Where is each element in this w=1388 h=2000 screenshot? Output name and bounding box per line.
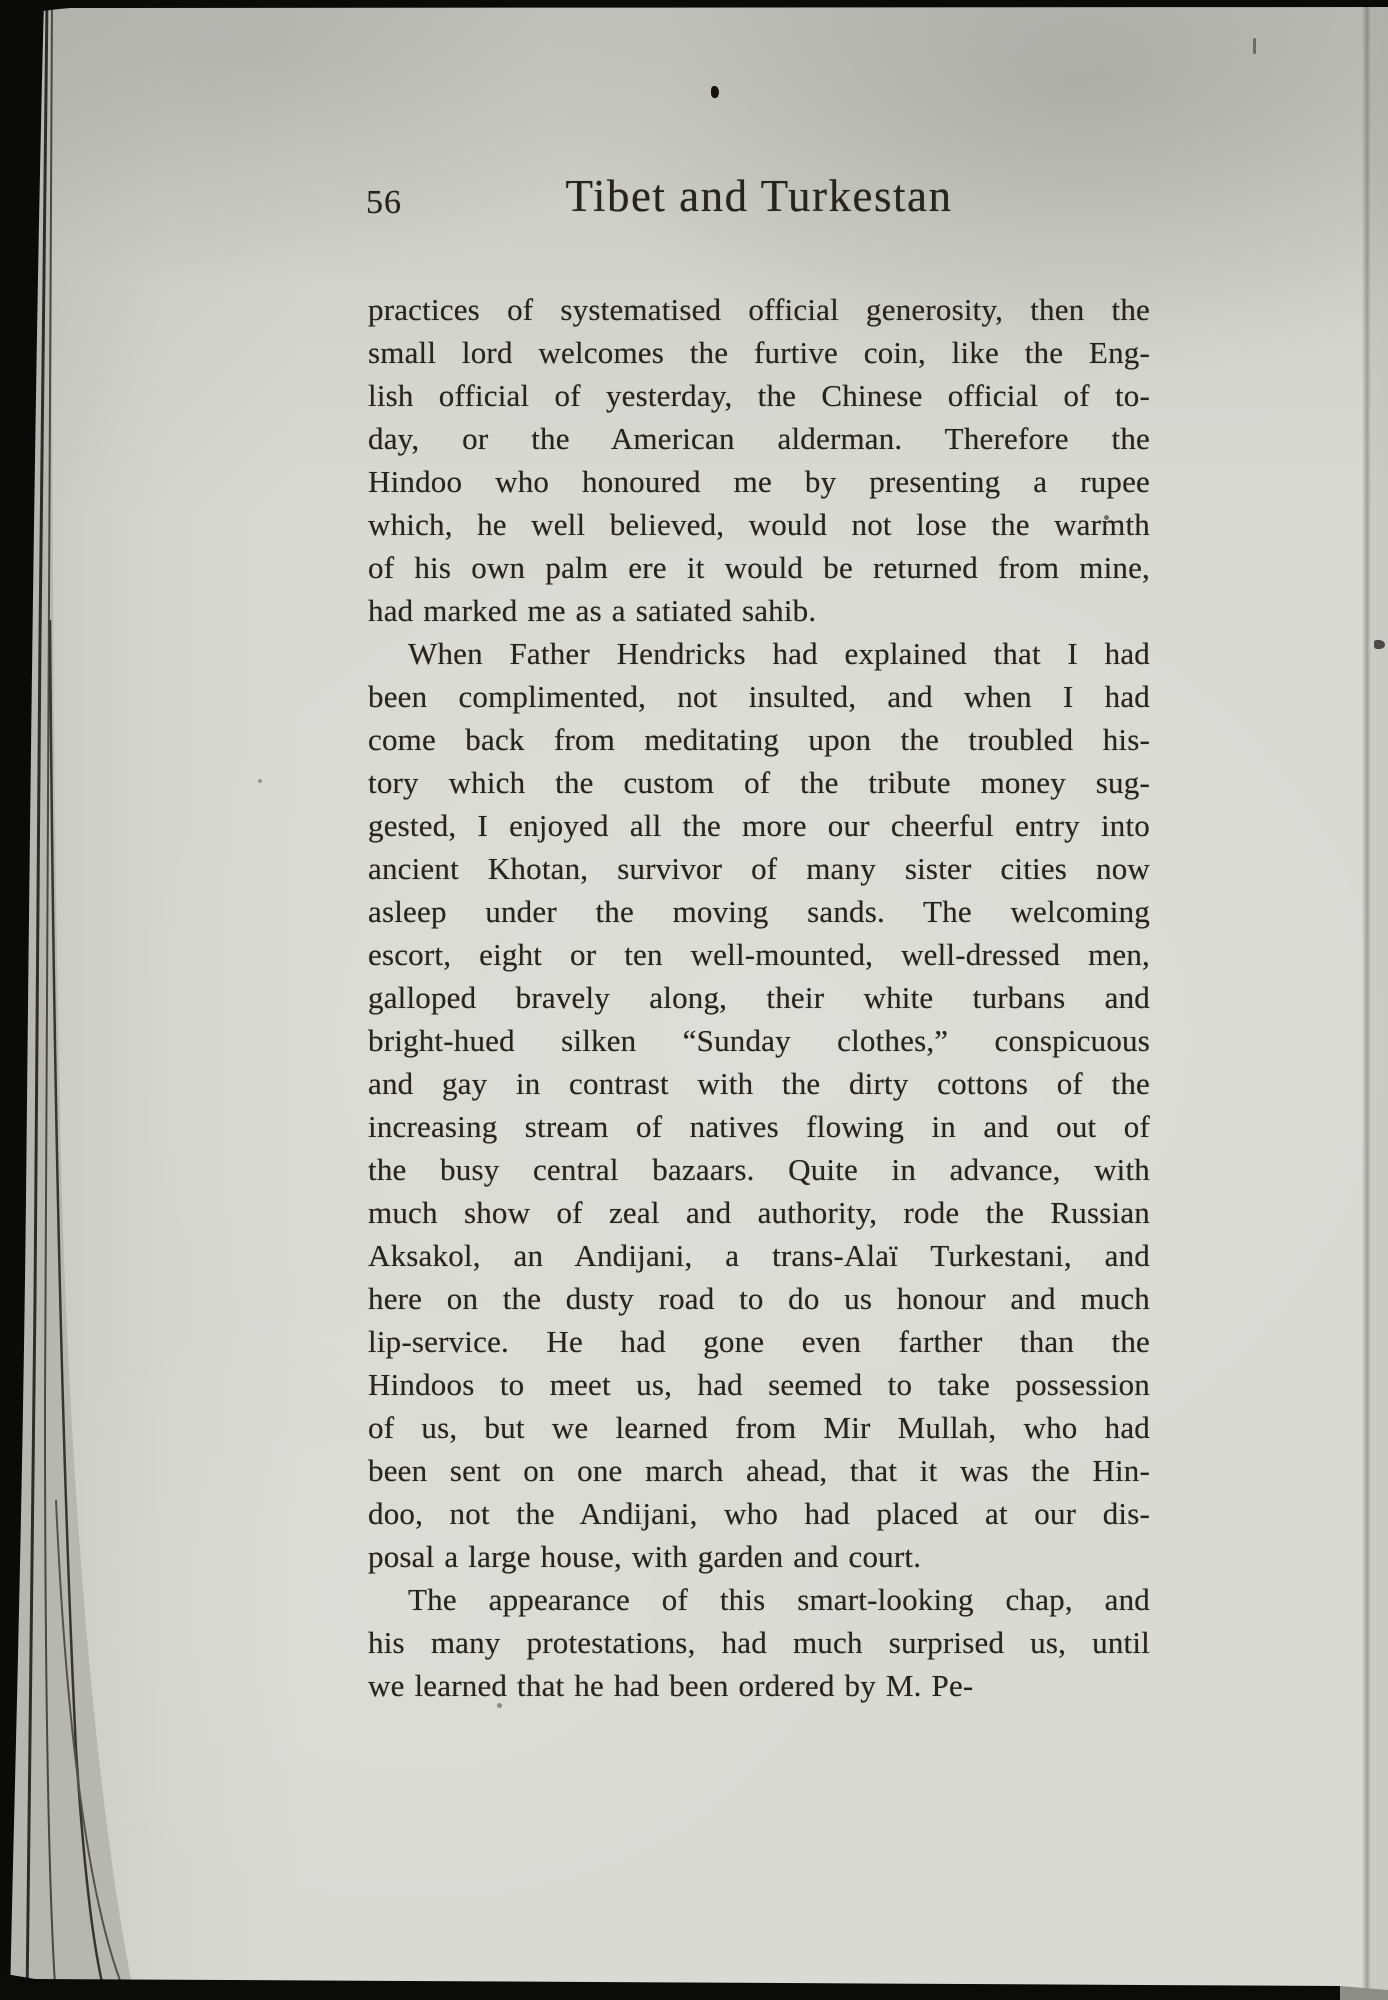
ink-speck: [1253, 38, 1256, 54]
text-line: practices of systematised official gener…: [368, 288, 1150, 331]
text-line: day, or the American alderman. Therefore…: [368, 417, 1150, 460]
text-line: gested, I enjoyed all the more our cheer…: [368, 804, 1150, 847]
text-line: posal a large house, with garden and cou…: [368, 1535, 1150, 1578]
text-line: which, he well believed, would not lose …: [368, 503, 1150, 546]
text-line: of his own palm ere it would be returned…: [368, 546, 1150, 589]
text-line: his many protestations, had much surpris…: [368, 1621, 1150, 1664]
text-line: tory which the custom of the tribute mon…: [368, 761, 1150, 804]
text-line: the busy central bazaars. Quite in advan…: [368, 1148, 1150, 1191]
text-line: we learned that he had been ordered by M…: [368, 1664, 1150, 1707]
paragraph: The appearance of this smart-looking cha…: [368, 1578, 1150, 1707]
text-line: escort, eight or ten well-mounted, well-…: [368, 933, 1150, 976]
text-line: lish official of yesterday, the Chinese …: [368, 374, 1150, 417]
text-line: Hindoo who honoured me by presenting a r…: [368, 460, 1150, 503]
text-line: small lord welcomes the furtive coin, li…: [368, 331, 1150, 374]
text-line: here on the dusty road to do us honour a…: [368, 1277, 1150, 1320]
ink-speck: [711, 86, 719, 98]
text-line: been sent on one march ahead, that it wa…: [368, 1449, 1150, 1492]
text-line: asleep under the moving sands. The welco…: [368, 890, 1150, 933]
ink-speck: [497, 1703, 502, 1708]
text-line: ancient Khotan, survivor of many sister …: [368, 847, 1150, 890]
bottom-scan-edge-right: [1340, 1986, 1388, 2000]
text-line: galloped bravely along, their white turb…: [368, 976, 1150, 1019]
text-line: of us, but we learned from Mir Mullah, w…: [368, 1406, 1150, 1449]
ink-speck: [1374, 640, 1385, 649]
scanned-book-page: 56 Tibet and Turkestan practices of syst…: [0, 0, 1388, 2000]
ink-speck: [1104, 515, 1109, 520]
text-line: increasing stream of natives flowing in …: [368, 1105, 1150, 1148]
top-scan-edge: [0, 0, 1388, 20]
text-line: bright-hued silken “Sunday clothes,” con…: [368, 1019, 1150, 1062]
body-text: practices of systematised official gener…: [368, 288, 1150, 1707]
paragraph: When Father Hendricks had explained that…: [368, 632, 1150, 1578]
text-line: been complimented, not insulted, and whe…: [368, 675, 1150, 718]
text-line: The appearance of this smart-looking cha…: [368, 1578, 1150, 1621]
text-line: and gay in contrast with the dirty cotto…: [368, 1062, 1150, 1105]
text-line: Aksakol, an Andijani, a trans-Alaï Turke…: [368, 1234, 1150, 1277]
ink-speck: [258, 779, 262, 783]
bottom-scan-edge: [0, 1973, 1340, 2000]
text-line: doo, not the Andijani, who had placed at…: [368, 1492, 1150, 1535]
running-title: Tibet and Turkestan: [368, 170, 1150, 222]
text-line: Hindoos to meet us, had seemed to take p…: [368, 1363, 1150, 1406]
text-line: much show of zeal and authority, rode th…: [368, 1191, 1150, 1234]
paragraph: practices of systematised official gener…: [368, 288, 1150, 632]
text-line: come back from meditating upon the troub…: [368, 718, 1150, 761]
text-line: When Father Hendricks had explained that…: [368, 632, 1150, 675]
text-line: had marked me as a satiated sahib.: [368, 589, 1150, 632]
text-line: lip-service. He had gone even farther th…: [368, 1320, 1150, 1363]
